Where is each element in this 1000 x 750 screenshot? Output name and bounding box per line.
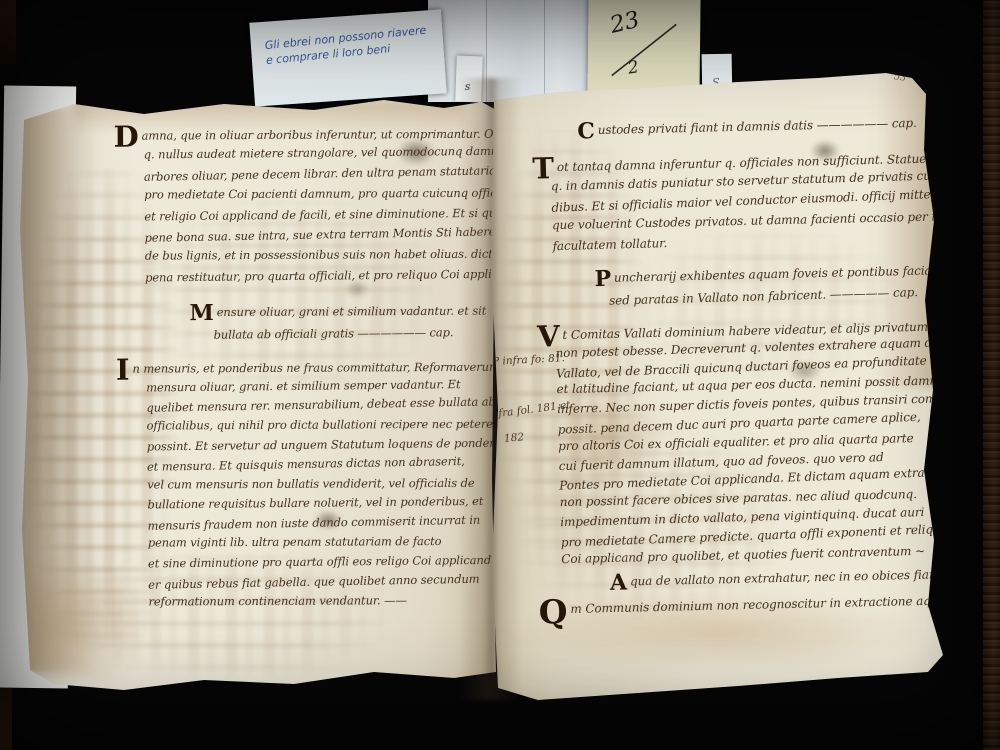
manuscript-line: pena restituatur, pro quarta officiali, … — [145, 267, 485, 291]
manuscript-left-page: Damna, que in oliuar arboribus inferuntu… — [14, 80, 496, 702]
wooden-table-corner — [0, 0, 16, 64]
chapter-vallatum: Vt Comitas Vallati dominium habere videa… — [537, 316, 952, 572]
paper-fold-line — [486, 0, 487, 102]
manuscript-line: Damna, que in oliuar arboribus inferuntu… — [143, 125, 483, 147]
illuminated-initial: P — [594, 272, 611, 288]
rubric-mensura: Mensure oliuar, grani et similium vadant… — [83, 303, 485, 351]
manuscript-line: de bus lignis, et in possessionibus suis… — [145, 247, 485, 269]
chapter-damna: Damna, que in oliuar arboribus inferuntu… — [81, 124, 485, 291]
folio-number: 53 — [893, 71, 907, 84]
rubric-puncherarii: Puncherarij exhibentes aquam foveis et p… — [535, 262, 944, 317]
rubric-custodes: Custodes privati fiant in damnis datis —… — [531, 114, 939, 147]
illuminated-initial: C — [577, 124, 595, 140]
bookmark-tab: s — [455, 56, 483, 103]
illuminated-initial: V — [537, 326, 560, 347]
left-page-text: Damna, que in oliuar arboribus inferuntu… — [81, 124, 488, 616]
manuscript-right-page: 53 P infra fo: 81. infra fol. 181 et 182… — [488, 60, 960, 708]
illuminated-initial: T — [532, 158, 554, 179]
manuscript-line: Custodes privati fiant in damnis datis —… — [591, 115, 939, 145]
paper-fold-line — [544, 0, 545, 102]
wooden-table-edge — [983, 0, 1000, 750]
manuscript-line: officialibus, qui nihil pro dicta bullat… — [147, 417, 487, 438]
manuscript-line: reformationum continenciam vendantur. —— — [148, 593, 488, 614]
manuscript-line: In mensuris, et ponderibus ne fraus comm… — [146, 358, 486, 379]
chapter-custodes: Tot tantaq damna inferuntur q. officiale… — [532, 148, 943, 259]
illuminated-initial: I — [116, 360, 130, 380]
illuminated-initial: M — [189, 306, 213, 322]
manuscript-line: bullata ab officiali gratis —————— cap. — [214, 325, 486, 350]
illuminated-initial: Q — [539, 600, 568, 624]
wooden-table-corner — [0, 688, 12, 750]
photo-stage: Gli ebrei non possono riavere e comprare… — [0, 0, 1000, 750]
margin-note: 182 — [504, 431, 525, 445]
chapter-mensuris: In mensuris, et ponderibus ne fraus comm… — [84, 357, 489, 616]
manuscript-line: vel cum mensuris non bullatis vendiderit… — [147, 475, 487, 496]
right-page-text: Custodes privati fiant in damnis datis —… — [531, 110, 953, 622]
illuminated-initial: A — [610, 576, 627, 592]
white-paper-sheet — [428, 0, 594, 102]
tab-label: s — [465, 80, 471, 93]
manuscript-line: Mensure oliuar, grani et similium vadant… — [213, 304, 485, 327]
illuminated-initial: D — [114, 127, 139, 147]
manuscript-line: penam viginti lib. ultra penam statutari… — [148, 534, 488, 555]
modern-note-slip: Gli ebrei non possono riavere e comprare… — [249, 9, 446, 106]
manuscript-line: pro medietate Coi pacienti damnum, pro q… — [144, 186, 484, 208]
